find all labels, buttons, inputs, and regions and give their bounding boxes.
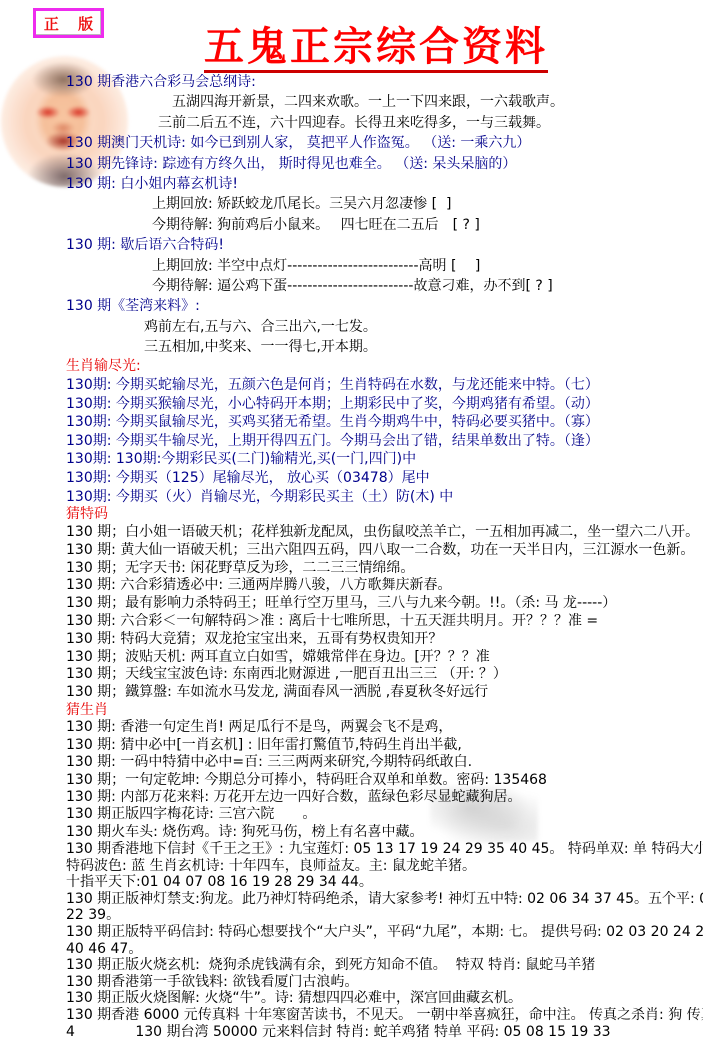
text-line: 130 期澳门天机诗: 如今已到别人家， 莫把平人作盗冤。 （送: 一乘六九） — [0, 133, 703, 153]
text-line: 130 期《荃湾来料》: — [0, 296, 703, 316]
text-line: 130 期: 内部万花来料: 万花开左边一四好合数，蓝绿色彩尽显蛇藏狗居。 — [0, 789, 703, 806]
text-line: 鸡前左右,五与六、合三出六,一七发。 — [0, 317, 703, 337]
lottery-info-sheet: 正 版 五鬼正宗综合资料 130 期香港六合彩马会总纲诗: 五湖四海开新景，二四… — [0, 0, 703, 1041]
text-line: 130 期正版火烧玄机: 烧狗杀虎钱满有余，到死方知命不值。 特双 特肖: 鼠蛇… — [0, 957, 703, 974]
text-line: 130 期: 歇后语六合特码! — [0, 235, 703, 255]
section-heading: 生肖输尽光: — [0, 357, 703, 376]
section-zodiac-losing: 生肖输尽光: 130期: 今期买蛇输尽光，五颜六色是何肖；生肖特码在水数，与龙还… — [0, 357, 703, 506]
text-line: 130 期香港第一手欲钱料: 欲钱看厦门古浪屿。 — [0, 974, 703, 991]
text-line: 十指平天下:01 04 07 08 16 19 28 29 34 44。 — [0, 874, 703, 891]
text-line: 130 期香港六合彩马会总纲诗: — [0, 72, 703, 92]
text-line: 特码波色: 蓝 生肖玄机诗: 十年四车，良师益友。主: 鼠龙蛇羊猪。 — [0, 858, 703, 875]
text-line: 今期待解: 逼公鸡下蛋-------------------------故意刁难… — [0, 276, 703, 296]
text-line: 130期: 今期买猴输尽光，小心特码开本期；上期彩民中了奖，今期鸡猪有希望。（动… — [0, 395, 703, 414]
text-line: 130 期正版神灯禁支:狗龙。此乃神灯特码绝杀，请大家参考! 神灯五中特: 02… — [0, 891, 703, 908]
text-line: 130 期先锋诗: 踪迹有方终久出， 斯时得见也难全。 （送: 呆头呆脑的） — [0, 154, 703, 174]
text-line: 130 期正版四字梅花诗: 三宫六院 。 — [0, 806, 703, 823]
section-envelopes-and-faxes: 130 期香港地下信封《千王之王》: 九宝莲灯: 05 13 17 19 24 … — [0, 841, 703, 1040]
text-line: 五湖四海开新景，二四来欢歌。一上一下四来跟，一六载歌声。 — [0, 92, 703, 112]
text-line: 130 期: 一码中特猜中必中=百: 三三两两来研究,今期特码纸敢白. — [0, 754, 703, 771]
text-line: 130 期: 白小姐内幕玄机诗! — [0, 174, 703, 194]
section-masthead-poems: 130 期香港六合彩马会总纲诗: 五湖四海开新景，二四来欢歌。一上一下四来跟，一… — [0, 72, 703, 357]
text-line: 130 期；天线宝宝波色诗: 东南西北财源进 ,一肥百丑出三三 （开: ？） — [0, 666, 703, 684]
text-line: 22 39。 — [0, 907, 703, 924]
text-line: 130 期；一句定乾坤: 今期总分可捧小，特码旺合双单和单数。密码: 13546… — [0, 772, 703, 789]
text-line: 130 期；白小姐一语破天机；花样独新龙配凤，虫伤鼠咬羔羊亡，一五相加再减二，坐… — [0, 524, 703, 542]
text-line: 130 期；鐵算盤: 车如流水马发龙, 满面春风一洒脱 ,春夏秋冬好远行 — [0, 684, 703, 702]
text-line: 130 期香港地下信封《千王之王》: 九宝莲灯: 05 13 17 19 24 … — [0, 841, 703, 858]
text-line: 130 期: 特码大竞猜；双龙抢宝宝出来，五哥有势权贵知开？ — [0, 631, 703, 649]
page-title: 五鬼正宗综合资料 — [204, 24, 548, 73]
genuine-badge: 正 版 — [33, 8, 104, 38]
text-line: 130期: 130期:今期彩民买(二门)输精光,买(一门,四门)中 — [0, 450, 703, 469]
text-line: 130期: 今期买（火）肖输尽光，今期彩民买主（土）防(木) 中 — [0, 488, 703, 507]
section-guess-special-number: 猜特码 130 期；白小姐一语破天机；花样独新龙配凤，虫伤鼠咬羔羊亡，一五相加再… — [0, 506, 703, 702]
text-line: 130 期: 黄大仙一语破天机；三出六阻四五码，四八取一二合数，功在一天半日内，… — [0, 542, 703, 560]
text-line: 130期: 今期买牛输尽光，上期开得四五门。今期马会出了错，结果单数出了特。（逢… — [0, 432, 703, 451]
text-line: 130 期正版特平码信封: 特码心想要找个“大户头”，平码“九尾”，本期: 七。… — [0, 924, 703, 941]
text-line: 130 期；无字天书: 闲花野草反为珍，二二三三情绵绵。 — [0, 560, 703, 578]
text-line: 4 130 期台湾 50000 元来料信封 特肖: 蛇羊鸡猪 特单 平码: 05… — [0, 1024, 703, 1041]
text-line: 130 期火车头: 烧伤鸡。诗: 狗死马伤，榜上有名喜中藏。 — [0, 824, 703, 841]
text-line: 130 期: 六合彩猜透必中: 三通两岸腾八骏，八方歌舞庆新春。 — [0, 577, 703, 595]
text-line: 130 期: 香港一句定生肖! 两足瓜行不是鸟，两翼会飞不是鸡， — [0, 719, 703, 736]
text-line: 上期回放: 矫跃蛟龙爪尾长。三吴六月忽凄惨 [ ] — [0, 194, 703, 214]
section-heading: 猜生肖 — [0, 702, 703, 719]
text-line: 130 期香港 6000 元传真料 十年寒窗苦读书，不见天。 一朝中举喜疯狂，命… — [0, 1007, 703, 1024]
text-line: 130期: 今期买鼠输尽光，买鸡买猪无希望。生肖今期鸡牛中，特码必要买猪中。（寡… — [0, 413, 703, 432]
text-line: 130 期: 六合彩＜一句解特码＞准 : 离后十七唯所思，十五天涯共明月。开？？… — [0, 613, 703, 631]
section-guess-zodiac: 猜生肖 130 期: 香港一句定生肖! 两足瓜行不是鸟，两翼会飞不是鸡， 130… — [0, 702, 703, 841]
text-line: 三五相加,中奖来、一一得七,开本期。 — [0, 337, 703, 357]
text-line: 40 46 47。 — [0, 941, 703, 958]
text-line: 三前二后五不连，六十四迎春。长得丑来吃得多，一与三载舞。 — [0, 113, 703, 133]
text-line: 130期: 今期买蛇输尽光，五颜六色是何肖；生肖特码在水数，与龙还能来中特。（七… — [0, 376, 703, 395]
text-line: 130 期；波贴天机: 两耳直立白如雪，嫦娥常伴在身边。[开？？？准 — [0, 649, 703, 667]
text-line: 今期待解: 狗前鸡后小鼠来。 四七旺在二五后 [ ? ] — [0, 215, 703, 235]
text-line: 130期: 今期买（125）尾输尽光， 放心买（03478）尾中 — [0, 469, 703, 488]
text-line: 130 期正版火烧图解: 火烧“牛”。诗: 猜想四四必难中，深宫回曲藏玄机。 — [0, 990, 703, 1007]
document-body: 130 期香港六合彩马会总纲诗: 五湖四海开新景，二四来欢歌。一上一下四来跟，一… — [0, 72, 703, 1040]
text-line: 130 期；最有影响力杀特码王；旺单行空万里马，三八与九来今朝。!!。（杀: 马… — [0, 595, 703, 613]
section-heading: 猜特码 — [0, 506, 703, 524]
text-line: 130 期: 猜中必中[一肖玄机] : 旧年雷打驚值节,特码生肖出半截, — [0, 737, 703, 754]
text-line: 上期回放: 半空中点灯--------------------------高明 … — [0, 256, 703, 276]
